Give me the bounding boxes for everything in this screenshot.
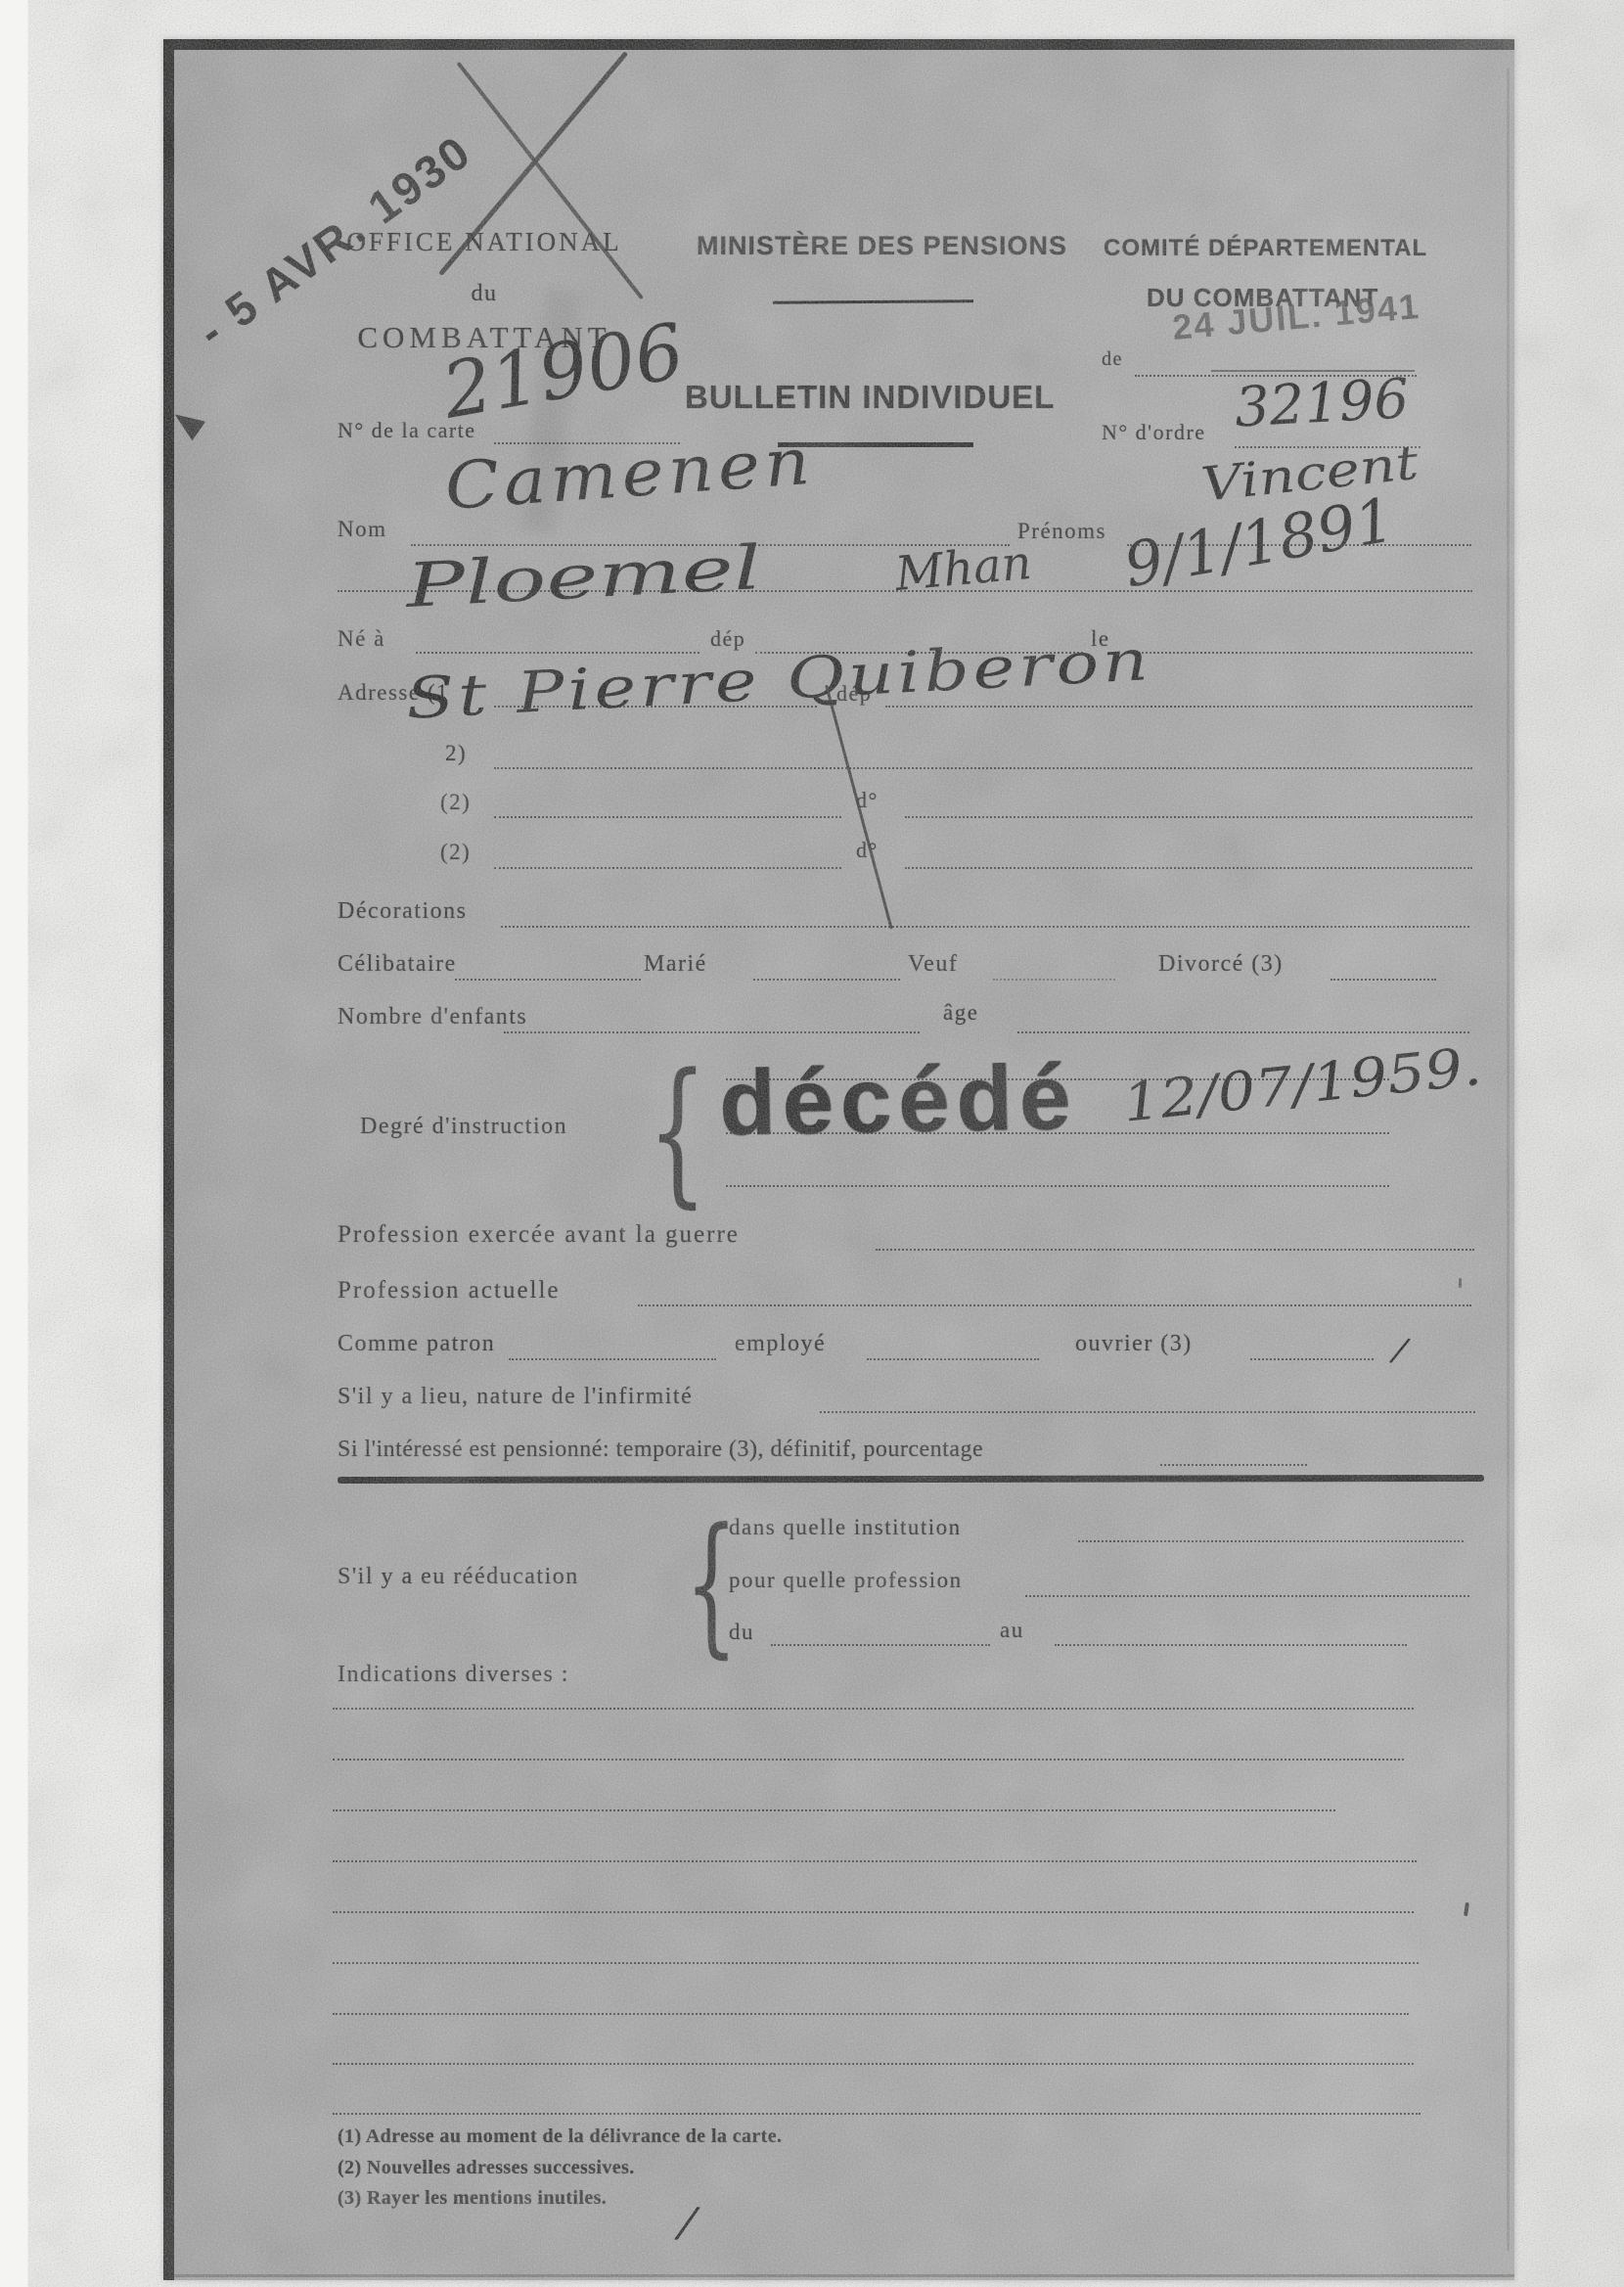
adresse-line3-dito: d° [856, 789, 879, 812]
order-number-value: 32196 [1234, 369, 1411, 438]
birth-dep-value: Mhan [893, 537, 1034, 601]
age-line [1017, 1031, 1469, 1033]
employe-label: employé [735, 1331, 826, 1356]
photocopy-top-edge [163, 39, 1514, 50]
paper-bottom-edge [174, 2274, 1514, 2277]
indications-label: Indications diverses : [338, 1662, 569, 1687]
ministry-title: MINISTÈRE DES PENSIONS [697, 232, 1067, 261]
enfants-line [504, 1031, 920, 1033]
age-label: âge [943, 1000, 978, 1025]
patron-label: Comme patron [338, 1331, 495, 1356]
indications-line-1 [333, 1708, 1414, 1710]
prenoms-label: Prénoms [1017, 519, 1106, 543]
institution-line [1078, 1540, 1464, 1542]
adresse-line2 [494, 767, 1472, 769]
patron-line [509, 1358, 716, 1360]
veuf-label: Veuf [908, 951, 958, 977]
indications-line-3 [333, 1809, 1335, 1811]
indications-line-2 [333, 1759, 1404, 1761]
org-left-line1: OFFICE NATIONAL [323, 228, 646, 257]
indications-line-4 [333, 1860, 1417, 1862]
enfants-label: Nombre d'enfants [338, 1004, 527, 1029]
decorations-line [501, 926, 1469, 928]
institution-label: dans quelle institution [729, 1515, 962, 1539]
indications-line-5 [333, 1911, 1414, 1913]
photocopy-left-edge [163, 39, 174, 2280]
profession-actuelle-line [638, 1304, 1471, 1306]
adresse-line4b [905, 867, 1472, 869]
org-left-line2: du [323, 281, 646, 306]
ouvrier-label: ouvrier (3) [1075, 1331, 1193, 1356]
marie-label: Marié [644, 951, 707, 977]
instruction-brace: { [648, 1039, 707, 1222]
adresse-line3-label: (2) [440, 790, 471, 814]
ne-a-label: Né à [338, 626, 385, 651]
veuf-line [993, 979, 1115, 981]
paper-right-edge [1507, 69, 1510, 2251]
au-label: au [1000, 1618, 1024, 1642]
reeducation-profession-line [1025, 1595, 1469, 1597]
adresse-line4-dito: d° [856, 839, 879, 862]
adresse-line3a [494, 816, 841, 818]
divorce-label: Divorcé (3) [1158, 951, 1284, 977]
adresse-line1b [885, 706, 1472, 708]
profession-avant-line [876, 1249, 1474, 1251]
instruction-label: Degré d'instruction [360, 1114, 567, 1139]
profession-avant-label: Profession exercée avant la guerre [338, 1221, 740, 1249]
indications-line-6 [333, 1962, 1419, 1964]
instruction-line3 [726, 1185, 1389, 1187]
scanned-form-bulletin-individuel: { "document": { "glyphs": { "brace": "{"… [0, 0, 1624, 2287]
ink-speck [1459, 1278, 1462, 1288]
profession-actuelle-label: Profession actuelle [338, 1277, 561, 1304]
adresse-line2-label: 2) [445, 741, 467, 765]
decorations-label: Décorations [338, 898, 467, 924]
pensionne-line [1160, 1464, 1307, 1466]
org-right-line1: COMITÉ DÉPARTEMENTAL [1104, 236, 1427, 261]
infirmite-line [820, 1411, 1475, 1413]
employe-line [867, 1358, 1039, 1360]
divorce-line [1331, 979, 1436, 981]
order-number-label: N° d'ordre [1102, 421, 1206, 444]
du-label: du [729, 1620, 754, 1644]
indications-line-9 [333, 2113, 1421, 2115]
indications-line-8 [333, 2063, 1414, 2065]
marie-line [753, 979, 900, 981]
footnote-3: (3) Rayer les mentions inutiles. [338, 2187, 607, 2209]
reeducation-profession-label: pour quelle profession [729, 1568, 963, 1592]
celibataire-label: Célibataire [338, 951, 457, 977]
du-line [771, 1644, 990, 1646]
adresse-line3b [905, 816, 1472, 818]
infirmite-label: S'il y a lieu, nature de l'infirmité [338, 1384, 693, 1409]
reeducation-label: S'il y a eu rééducation [338, 1564, 579, 1589]
ouvrier-line [1250, 1358, 1374, 1360]
adresse-line4a [494, 867, 841, 869]
le-line [1125, 652, 1472, 654]
deceased-stamp: décédé [718, 1046, 1078, 1154]
footnote-2: (2) Nouvelles adresses successives. [338, 2157, 635, 2178]
bulletin-title: BULLETIN INDIVIDUEL [685, 380, 1055, 415]
de-label: de [1102, 348, 1123, 370]
pensionne-label: Si l'intéressé est pensionné: temporaire… [338, 1437, 983, 1462]
au-line [1055, 1644, 1407, 1646]
celibataire-line [455, 979, 641, 981]
footnote-1: (1) Adresse au moment de la délivrance d… [338, 2126, 782, 2147]
nom-label: Nom [338, 517, 387, 541]
adresse-line4-label: (2) [440, 840, 471, 864]
indications-line-7 [333, 2013, 1409, 2015]
